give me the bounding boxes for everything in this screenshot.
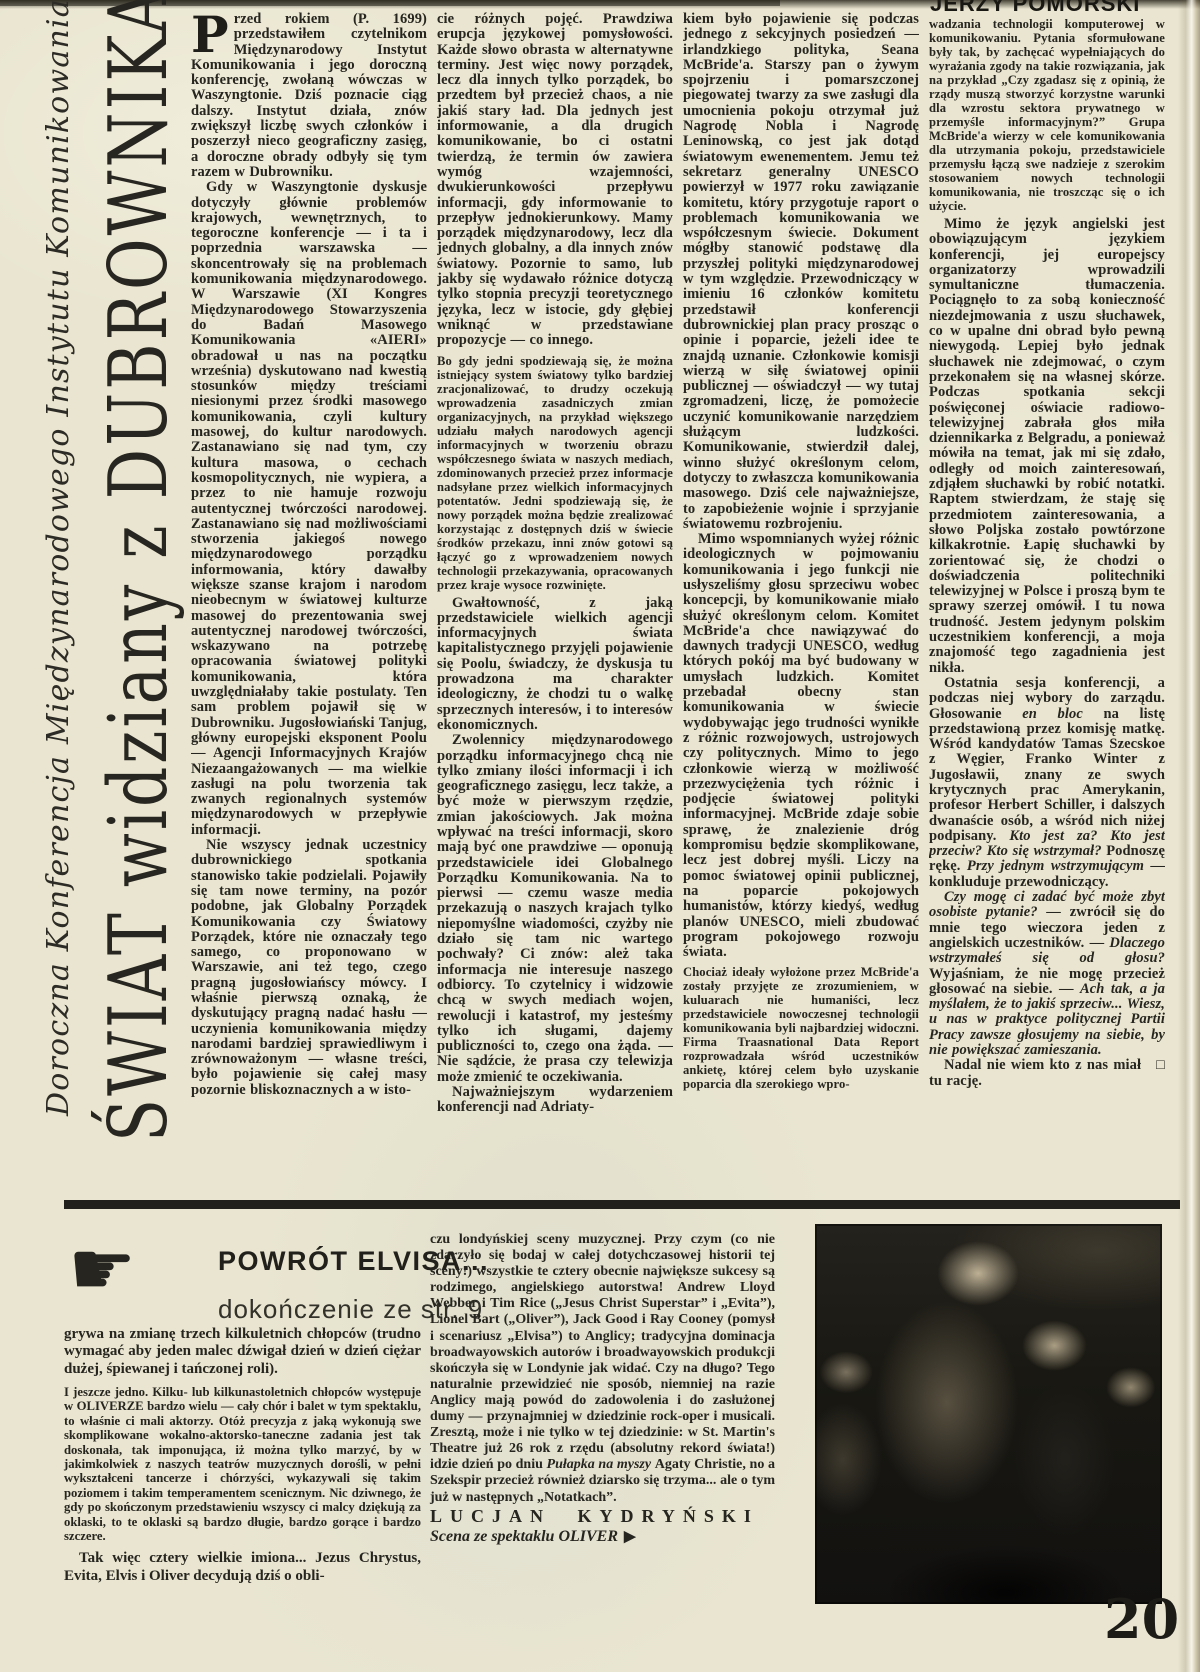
caption-arrow-icon: ▶ bbox=[618, 1529, 636, 1545]
paragraph: Przed rokiem (P. 1699) przedstawiłem czy… bbox=[191, 12, 427, 180]
paragraph-text: czu londyńskiej sceny muzycznej. Przy cz… bbox=[430, 1232, 775, 1472]
paragraph-text: Nadal nie wiem kto z nas miał tu rację. bbox=[929, 1057, 1141, 1088]
masthead-title: ŚWIAT widziany z DUBROWNIKA bbox=[98, 0, 161, 1142]
photo-caption-text: Scena ze spektaklu OLIVER bbox=[430, 1528, 618, 1545]
photo-caption: Scena ze spektaklu OLIVER▶ bbox=[430, 1527, 775, 1546]
paragraph: cie różnych pojęć. Prawdziwa erupcja jęz… bbox=[437, 12, 673, 349]
paragraph: Tak więc cztery wielkie imiona... Jezus … bbox=[64, 1550, 421, 1585]
masthead-kicker: Doroczna Konferencja Międzynarodowego In… bbox=[44, 0, 74, 1116]
paragraph: Najważniejszym wydarzeniem konferencji n… bbox=[437, 1085, 673, 1116]
paragraph-small: Bo gdy jedni spodziewają się, że można i… bbox=[437, 354, 673, 592]
page-fold-right bbox=[1178, 0, 1200, 1672]
paragraph: Ostatnia sesja konferencji, a podczas ni… bbox=[929, 676, 1165, 890]
photo-oliver-scene bbox=[815, 1224, 1162, 1604]
paragraph: Mimo że język angielski jest obowiązując… bbox=[929, 217, 1165, 676]
paragraph-text: na listę przedstawioną przez komisję mat… bbox=[929, 706, 1165, 844]
end-of-article-icon: □ bbox=[1141, 1058, 1165, 1073]
section-divider bbox=[64, 1200, 1180, 1209]
paragraph: kiem było pojawienie się podczas jednego… bbox=[683, 12, 919, 532]
paragraph: Nie wszyscy jednak uczestnicy dubrownick… bbox=[191, 838, 427, 1098]
article-author: LUCJAN KYDRYŃSKI bbox=[430, 1506, 775, 1527]
paragraph: Czy mogę ci zadać być może zbyt osobiste… bbox=[929, 890, 1165, 1058]
article-columns: Przed rokiem (P. 1699) przedstawiłem czy… bbox=[191, 12, 1165, 1198]
elvis-column-2: czu londyńskiej sceny muzycznej. Przy cz… bbox=[430, 1232, 775, 1546]
paragraph: □Nadal nie wiem kto z nas miał tu rację. bbox=[929, 1058, 1165, 1089]
drop-cap: P bbox=[191, 12, 234, 55]
paragraph-text-italic: Pułapka na myszy bbox=[547, 1457, 655, 1472]
newspaper-page: { "page": { "header_author": "JERZY POMO… bbox=[0, 0, 1200, 1672]
paragraph: czu londyńskiej sceny muzycznej. Przy cz… bbox=[430, 1232, 775, 1506]
paragraph: Zwolennicy międzynarodowego porządku inf… bbox=[437, 733, 673, 1085]
paragraph-small: wadzania technologii komputerowej w komu… bbox=[929, 17, 1165, 213]
paragraph-small: Chociaż ideały wyłożone przez McBride'a … bbox=[683, 965, 919, 1091]
paragraph-text-italic: en bloc bbox=[1022, 706, 1103, 722]
paragraph: Gwałtowność, z jaką przedstawiciele wiel… bbox=[437, 596, 673, 734]
article-column-3: kiem było pojawienie się podczas jednego… bbox=[683, 12, 919, 1198]
article-column-2: cie różnych pojęć. Prawdziwa erupcja jęz… bbox=[437, 12, 673, 1198]
paragraph: Gdy w Waszyngtonie dyskusje dotyczyły gł… bbox=[191, 180, 427, 838]
masthead-title-text: ŚWIAT widziany z DUBROWNIKA bbox=[98, 0, 179, 1142]
article-column-1: Przed rokiem (P. 1699) przedstawiłem czy… bbox=[191, 12, 427, 1198]
pointing-hand-icon: ☛ bbox=[68, 1232, 136, 1308]
paragraph-small: I jeszcze jedno. Kilku- lub kilkunastole… bbox=[64, 1385, 421, 1543]
paragraph: Mimo wspomnianych wyżej różnic ideologic… bbox=[683, 532, 919, 960]
page-number: 20 bbox=[1104, 1592, 1179, 1646]
paragraph: grywa na zmianę trzech kilkuletnich chło… bbox=[64, 1326, 421, 1378]
elvis-column-1: grywa na zmianę trzech kilkuletnich chło… bbox=[64, 1326, 421, 1585]
paragraph-text-italic: Przy jednym wstrzymującym bbox=[967, 858, 1150, 874]
article-column-4: wadzania technologii komputerowej w komu… bbox=[929, 12, 1165, 1198]
